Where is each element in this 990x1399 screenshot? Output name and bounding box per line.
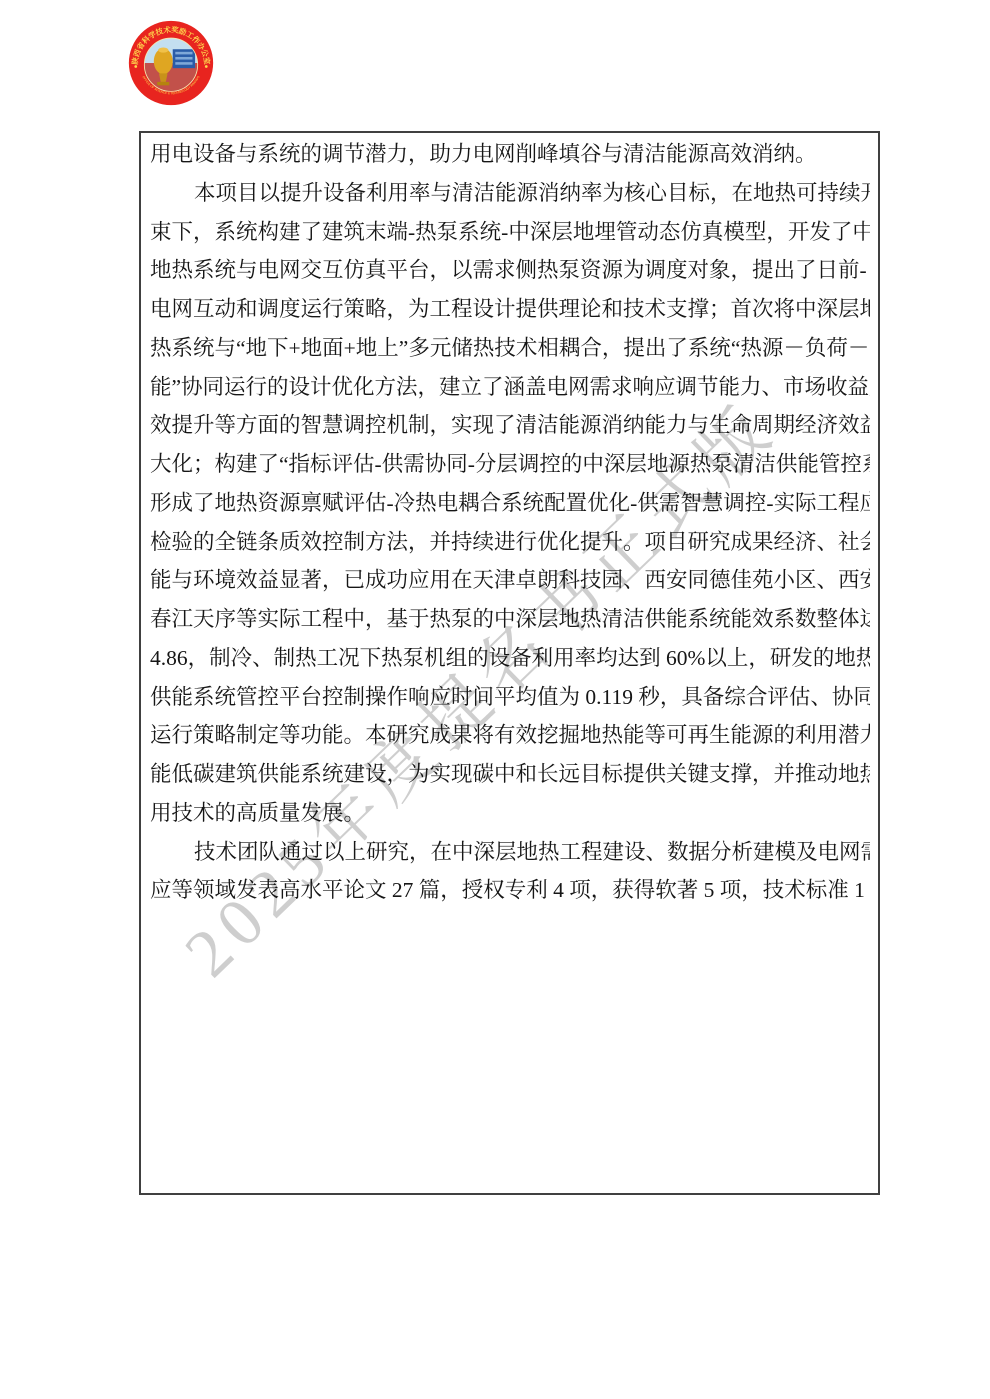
seal-star-left xyxy=(134,65,137,68)
text-line: 地热系统与电网交互仿真平台，以需求侧热泵资源为调度对象，提出了日前-日内的 xyxy=(150,251,870,290)
text-line: 大化；构建了“指标评估-供需协同-分层调控的中深层地源热泵清洁供能管控系统， xyxy=(150,445,870,484)
abstract-cell: 用电设备与系统的调节潜力，助力电网削峰填谷与清洁能源高效消纳。本项目以提升设备利… xyxy=(139,131,880,1195)
text-line: 用技术的高质量发展。 xyxy=(150,794,870,833)
seal-star-right xyxy=(205,65,208,68)
text-line: 效提升等方面的智慧调控机制，实现了清洁能源消纳能力与生命周期经济效益的最 xyxy=(150,406,870,445)
text-line: 能低碳建筑供能系统建设，为实现碳中和长远目标提供关键支撑，并推动地热能利 xyxy=(150,755,870,794)
document-page: 陕西省科学技术奖励工作办公室 OFFICE OF SCIENCE & TECHN… xyxy=(0,0,990,1399)
text-line: 束下，系统构建了建筑末端-热泵系统-中深层地埋管动态仿真模型，开发了中深层 xyxy=(150,213,870,252)
text-line: 供能系统管控平台控制操作响应时间平均值为 0.119 秒，具备综合评估、协同规划… xyxy=(150,678,870,717)
seal-svg: 陕西省科学技术奖励工作办公室 OFFICE OF SCIENCE & TECHN… xyxy=(128,20,214,106)
text-line: 本项目以提升设备利用率与清洁能源消纳率为核心目标，在地热可持续开发约 xyxy=(150,174,870,213)
text-line: 热系统与“地下+地面+地上”多元储热技术相耦合，提出了系统“热源－负荷－储 xyxy=(150,329,870,368)
text-line: 能与环境效益显著，已成功应用在天津卓朗科技园、西安同德佳苑小区、西安龙湖 xyxy=(150,561,870,600)
text-line: 用电设备与系统的调节潜力，助力电网削峰填谷与清洁能源高效消纳。 xyxy=(150,135,870,174)
text-line: 运行策略制定等功能。本研究成果将有效挖掘地热能等可再生能源的利用潜力，赋 xyxy=(150,716,870,755)
document-lines: 用电设备与系统的调节潜力，助力电网削峰填谷与清洁能源高效消纳。本项目以提升设备利… xyxy=(141,133,878,910)
text-line: 形成了地热资源禀赋评估-冷热电耦合系统配置优化-供需智慧调控-实际工程应用 xyxy=(150,484,870,523)
text-line: 4.86，制冷、制热工况下热泵机组的设备利用率均达到 60%以上，研发的地热清洁 xyxy=(150,639,870,678)
text-line: 技术团队通过以上研究，在中深层地热工程建设、数据分析建模及电网需求响 xyxy=(150,833,870,872)
text-line: 应等领域发表高水平论文 27 篇，授权专利 4 项，获得软著 5 项，技术标准 … xyxy=(150,871,870,910)
text-line: 春江天序等实际工程中，基于热泵的中深层地热清洁供能系统能效系数整体达到 xyxy=(150,600,870,639)
award-office-seal-logo: 陕西省科学技术奖励工作办公室 OFFICE OF SCIENCE & TECHN… xyxy=(128,20,214,106)
text-line: 电网互动和调度运行策略，为工程设计提供理论和技术支撑；首次将中深层地热供 xyxy=(150,290,870,329)
text-line: 能”协同运行的设计优化方法，建立了涵盖电网需求响应调节能力、市场收益及能 xyxy=(150,368,870,407)
text-line: 检验的全链条质效控制方法，并持续进行优化提升。项目研究成果经济、社会、节 xyxy=(150,523,870,562)
